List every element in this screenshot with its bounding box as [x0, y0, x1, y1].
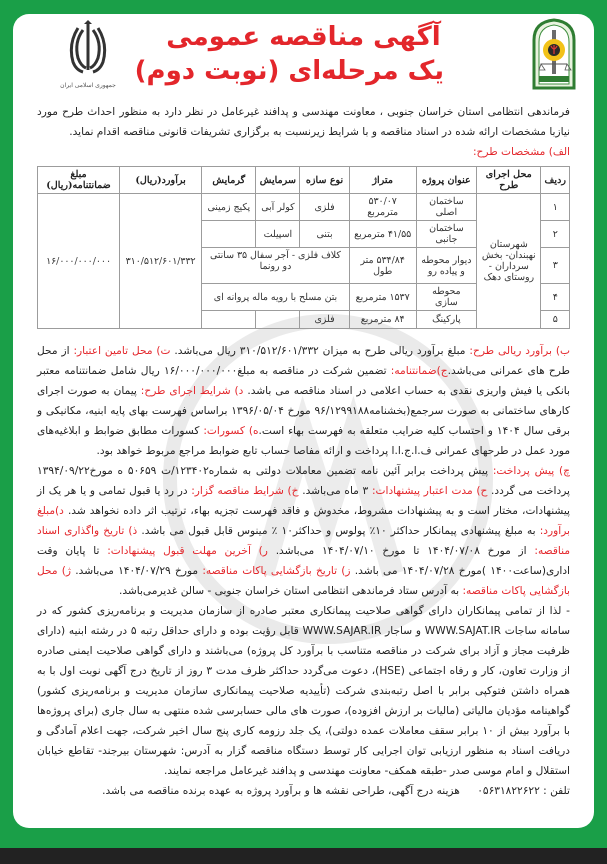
- cell-project-title: دیوار محوطه و پیاده رو: [416, 248, 477, 284]
- table-row: ۱ شهرستان نهبندان- بخش سرداران - روستای …: [38, 194, 570, 221]
- header-project-title: عنوان پروژه: [416, 167, 477, 194]
- label-deductions: ه) کسورات:: [203, 425, 258, 437]
- cell-area: ۴۱/۵۵ مترمربع: [349, 221, 416, 248]
- label-guarantee: ج)ضمانتنامه:: [391, 365, 448, 377]
- cell-area: ۸۴ مترمربع: [349, 311, 416, 329]
- cell-structure: فلزی: [300, 194, 350, 221]
- cell-project-title: ساختمان جانبی: [416, 221, 477, 248]
- cell-heating: پکیج زمینی: [202, 194, 256, 221]
- bottom-strip: [0, 848, 607, 864]
- header-structure: نوع سازه: [300, 167, 350, 194]
- label-funding-source: ت) محل تامین اعتبار:: [73, 345, 170, 357]
- cell-estimate: ۳۱۰/۵۱۲/۶۰۱/۳۳۲: [120, 194, 202, 329]
- schedule-paragraph: چ) پیش پرداخت: پیش پرداخت برابر آئین نام…: [37, 461, 570, 601]
- iran-emblem-caption: جمهوری اسلامی ایران: [53, 82, 123, 89]
- cell-project-title: محوطه سازی: [416, 284, 477, 311]
- cell-row-number: ۳: [541, 248, 570, 284]
- cell-project-title: پارکینگ: [416, 311, 477, 329]
- header-heating: گرمایش: [202, 167, 256, 194]
- iran-emblem-icon: [68, 20, 108, 76]
- text-budget: مبلغ برآورد ریالی طرح به میزان ۳۱۰/۵۱۲/۶…: [171, 345, 470, 357]
- cell-merged-spec: کلاف فلزی - آجر سفال ۳۵ سانتی دو رونما: [202, 248, 350, 284]
- cell-row-number: ۱: [541, 194, 570, 221]
- cell-guarantee: ۱۶/۰۰۰/۰۰۰/۰۰۰: [38, 194, 120, 329]
- label-budget: ب) برآورد ریالی طرح:: [469, 345, 570, 357]
- iran-emblem: جمهوری اسلامی ایران: [53, 20, 123, 94]
- cell-cooling: [256, 311, 300, 329]
- green-frame: آگهی مناقصه عمومی یک مرحله‌ای (نوبت دوم)…: [0, 0, 607, 848]
- cell-merged-spec: بتن مسلح با رویه ماله پروانه ای: [202, 284, 350, 311]
- header-estimate: برآورد(ریال): [120, 167, 202, 194]
- project-specs-table: ردیف محل اجرای طرح عنوان پروژه متراژ نوع…: [37, 166, 570, 329]
- header-location: محل اجرای طرح: [477, 167, 541, 194]
- cell-cooling: کولر آبی: [256, 194, 300, 221]
- cell-row-number: ۴: [541, 284, 570, 311]
- conditions-paragraph: ب) برآورد ریالی طرح: مبلغ برآورد ریالی ط…: [37, 341, 570, 461]
- cell-row-number: ۲: [541, 221, 570, 248]
- cell-project-title: ساختمان اصلی: [416, 194, 477, 221]
- cell-area: ۵۳۴/۸۴ متر طول: [349, 248, 416, 284]
- label-validity: ح) مدت اعتبار پیشنهادات:: [372, 485, 487, 497]
- notice-title: آگهی مناقصه عمومی: [163, 20, 444, 54]
- label-execution-terms: د) شرایط اجرای طرح:: [141, 385, 244, 397]
- cell-cooling: اسپیلت: [256, 221, 300, 248]
- section-a-label: الف) مشخصات طرح:: [37, 142, 570, 162]
- text-opening-place: به آدرس ستاد فرماندهی انتظامی استان خراس…: [119, 585, 463, 597]
- cell-area: ۱۵۳۷ مترمربع: [349, 284, 416, 311]
- police-emblem-icon: [530, 18, 578, 90]
- invitation-paragraph: - لذا از تمامی پیمانکاران دارای گواهی صل…: [37, 601, 570, 781]
- notice-panel: آگهی مناقصه عمومی یک مرحله‌ای (نوبت دوم)…: [13, 14, 594, 828]
- notice-content: فرماندهی انتظامی استان خراسان جنوبی ، مع…: [13, 102, 594, 801]
- notice-header: آگهی مناقصه عمومی یک مرحله‌ای (نوبت دوم)…: [13, 14, 594, 102]
- text-opening-date: مورخ ۱۴۰۴/۰۷/۲۹ می‌باشد.: [71, 565, 202, 577]
- label-prepayment: چ) پیش پرداخت:: [493, 465, 570, 477]
- cell-row-number: ۵: [541, 311, 570, 329]
- label-tenderer-terms: خ) شرایط مناقصه گزار:: [191, 485, 298, 497]
- contact-line: تلفن : ۰۵۶۳۱۸۲۲۶۲۲ هزینه درج آگهی، طراحی…: [37, 781, 570, 801]
- header-cooling: سرمایش: [256, 167, 300, 194]
- text-validity: ۳ ماه می‌باشد.: [299, 485, 372, 497]
- header-row-number: ردیف: [541, 167, 570, 194]
- text-document-dates: از مورخ ۱۴۰۴/۰۷/۰۸ تا مورخ ۱۴۰۴/۰۷/۱۰ می…: [268, 545, 534, 557]
- label-deadline: ر) آخرین مهلت قبول پیشنهادات:: [107, 545, 268, 557]
- cell-area: ۵۳۰/۰۷ مترمربع: [349, 194, 416, 221]
- cell-structure: فلزی: [300, 311, 350, 329]
- title-block: آگهی مناقصه عمومی یک مرحله‌ای (نوبت دوم): [163, 20, 444, 88]
- cell-location: شهرستان نهبندان- بخش سرداران - روستای ده…: [477, 194, 541, 329]
- table-header-row: ردیف محل اجرای طرح عنوان پروژه متراژ نوع…: [38, 167, 570, 194]
- label-opening-date: ز) تاریخ بازگشایی پاکات مناقصه:: [202, 565, 350, 577]
- cell-structure: بتنی: [300, 221, 350, 248]
- phone-number: ۰۵۶۳۱۸۲۲۶۲۲: [477, 781, 540, 801]
- cell-heating: [202, 311, 256, 329]
- text-estimate-range: به مبلغ پیشنهادی پیمانکار حداکثر ۱۰٪ پول…: [137, 525, 539, 537]
- header-guarantee: مبلغ ضمانتنامه(ریال): [38, 167, 120, 194]
- notice-subtitle: یک مرحله‌ای (نوبت دوم): [163, 54, 444, 88]
- intro-paragraph: فرماندهی انتظامی استان خراسان جنوبی ، مع…: [37, 102, 570, 142]
- cost-note: هزینه درج آگهی، طراحی نقشه ها و برآورد پ…: [102, 785, 460, 797]
- header-area: متراژ: [349, 167, 416, 194]
- phone-label: تلفن :: [543, 785, 570, 797]
- cell-heating: [202, 221, 256, 248]
